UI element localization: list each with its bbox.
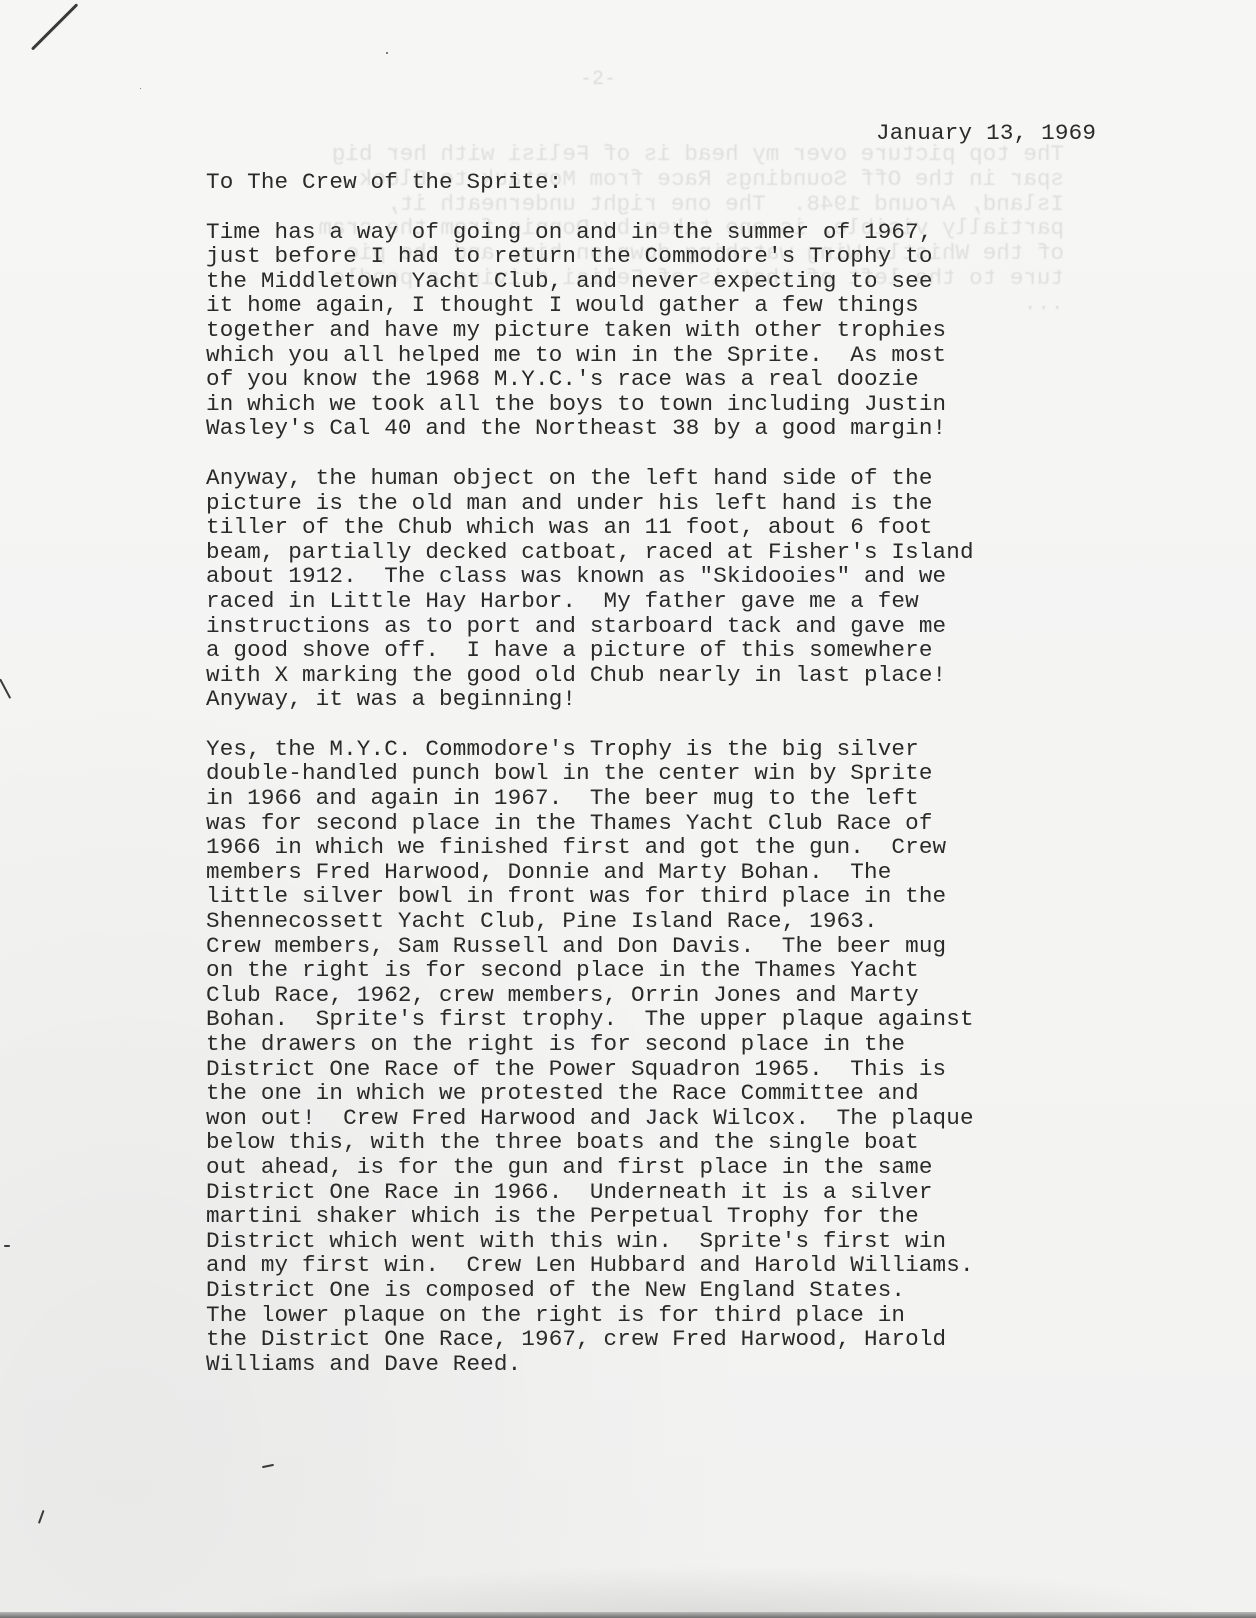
text-line: District One Race of the Power Squadron … (206, 1057, 1066, 1082)
text-line: in which we took all the boys to town in… (206, 392, 1066, 417)
text-line: raced in Little Hay Harbor. My father ga… (206, 589, 1066, 614)
pen-mark-dash-bottom (262, 1464, 274, 1468)
text-line: instructions as to port and starboard ta… (206, 614, 1066, 639)
pen-mark-tick (0, 679, 11, 699)
text-line: beam, partially decked catboat, raced at… (206, 540, 1066, 565)
text-line: which you all helped me to win in the Sp… (206, 343, 1066, 368)
text-line: of you know the 1968 M.Y.C.'s race was a… (206, 367, 1066, 392)
pen-mark-dash (4, 1245, 10, 1247)
paper-speck (140, 88, 141, 89)
text-line: together and have my picture taken with … (206, 318, 1066, 343)
text-line: below this, with the three boats and the… (206, 1130, 1066, 1155)
text-line: Bohan. Sprite's first trophy. The upper … (206, 1007, 1066, 1032)
page-number: -2- (580, 68, 616, 91)
pen-mark-slash (31, 3, 78, 50)
fold-shadow (170, 1560, 1256, 1618)
text-line: on the right is for second place in the … (206, 958, 1066, 983)
pen-mark-slash-bottom (38, 1510, 44, 1524)
text-line: Time has a way of going on and in the su… (206, 220, 1066, 245)
letter-body: To The Crew of the Sprite: Time has a wa… (206, 170, 1066, 1401)
text-line: with X marking the good old Chub nearly … (206, 663, 1066, 688)
text-line: District One is composed of the New Engl… (206, 1278, 1066, 1303)
paper-page: The top picture over my head is of Felis… (0, 0, 1256, 1612)
text-line: the one in which we protested the Race C… (206, 1081, 1066, 1106)
text-line: martini shaker which is the Perpetual Tr… (206, 1204, 1066, 1229)
text-line: Crew members, Sam Russell and Don Davis.… (206, 934, 1066, 959)
text-line: and my first win. Crew Len Hubbard and H… (206, 1253, 1066, 1278)
text-line: picture is the old man and under his lef… (206, 491, 1066, 516)
paragraph-1: Time has a way of going on and in the su… (206, 220, 1066, 441)
text-line: The lower plaque on the right is for thi… (206, 1303, 1066, 1328)
text-line: District which went with this win. Sprit… (206, 1229, 1066, 1254)
text-line: in 1966 and again in 1967. The beer mug … (206, 786, 1066, 811)
paragraph-2: Anyway, the human object on the left han… (206, 466, 1066, 712)
text-line: a good shove off. I have a picture of th… (206, 638, 1066, 663)
text-line: little silver bowl in front was for thir… (206, 884, 1066, 909)
text-line: the District One Race, 1967, crew Fred H… (206, 1327, 1066, 1352)
text-line: members Fred Harwood, Donnie and Marty B… (206, 860, 1066, 885)
text-line: tiller of the Chub which was an 11 foot,… (206, 515, 1066, 540)
letter-date: January 13, 1969 (876, 120, 1096, 146)
page-edge (0, 1612, 1256, 1618)
text-line: double-handled punch bowl in the center … (206, 761, 1066, 786)
text-line: Williams and Dave Reed. (206, 1352, 1066, 1377)
paragraph-3: Yes, the M.Y.C. Commodore's Trophy is th… (206, 737, 1066, 1376)
text-line: Anyway, the human object on the left han… (206, 466, 1066, 491)
text-line: it home again, I thought I would gather … (206, 293, 1066, 318)
text-line: 1966 in which we finished first and got … (206, 835, 1066, 860)
text-line: the Middletown Yacht Club, and never exp… (206, 269, 1066, 294)
text-line: won out! Crew Fred Harwood and Jack Wilc… (206, 1106, 1066, 1131)
salutation: To The Crew of the Sprite: (206, 170, 1066, 195)
text-line: Anyway, it was a beginning! (206, 687, 1066, 712)
text-line: about 1912. The class was known as "Skid… (206, 564, 1066, 589)
text-line: the drawers on the right is for second p… (206, 1032, 1066, 1057)
text-line: District One Race in 1966. Underneath it… (206, 1180, 1066, 1205)
text-line: Wasley's Cal 40 and the Northeast 38 by … (206, 416, 1066, 441)
text-line: was for second place in the Thames Yacht… (206, 811, 1066, 836)
text-line: Yes, the M.Y.C. Commodore's Trophy is th… (206, 737, 1066, 762)
text-line: out ahead, is for the gun and first plac… (206, 1155, 1066, 1180)
paper-speck (386, 52, 388, 54)
text-line: just before I had to return the Commodor… (206, 244, 1066, 269)
text-line: Club Race, 1962, crew members, Orrin Jon… (206, 983, 1066, 1008)
text-line: Shennecossett Yacht Club, Pine Island Ra… (206, 909, 1066, 934)
